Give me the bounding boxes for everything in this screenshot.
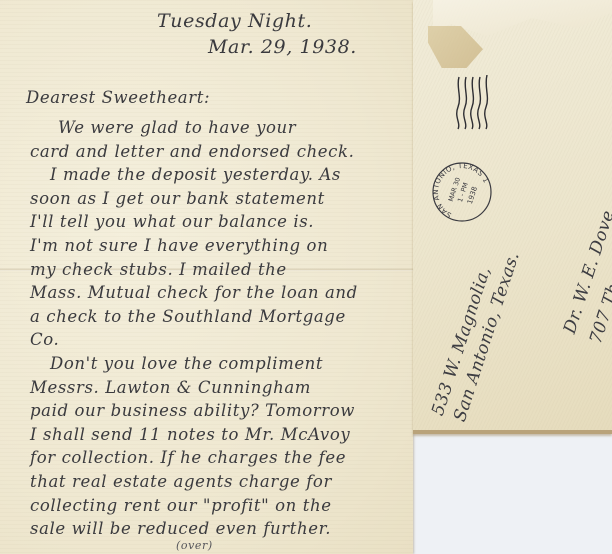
letter-line: my check stubs. I mailed the: [30, 260, 287, 279]
letter-line: soon as I get our bank statement: [30, 189, 325, 208]
continuation-note: (over): [176, 539, 213, 552]
letter-line: paid our business ability? Tomorrow: [30, 401, 355, 420]
letter-line: a check to the Southland Mortgage: [30, 307, 346, 326]
letter-line: sale will be reduced even further.: [30, 519, 331, 538]
letter-line: Mass. Mutual check for the loan and: [30, 283, 358, 302]
letter-line: I shall send 11 notes to Mr. McAvoy: [30, 425, 350, 444]
letter-line: We were glad to have your: [58, 118, 296, 137]
letter-page: Tuesday Night. Mar. 29, 1938. Dearest Sw…: [0, 0, 413, 554]
letter-line: that real estate agents charge for: [30, 472, 332, 491]
letter-line: Co.: [30, 330, 59, 349]
cancellation-wavy-lines-icon: [455, 75, 495, 130]
letter-line: I'll tell you what our balance is.: [30, 212, 314, 231]
letter-salutation: Dearest Sweetheart:: [26, 88, 210, 107]
letter-line: for collection. If he charges the fee: [30, 448, 346, 467]
postmark-icon: SAN ANTONIO, TEXAS 1 MAR 30 1 - PM 1938: [430, 160, 494, 224]
letter-day: Tuesday Night.: [157, 10, 312, 32]
letter-line: I'm not sure I have everything on: [30, 236, 328, 255]
letter-date: Mar. 29, 1938.: [208, 36, 357, 58]
letter-line: I made the deposit yesterday. As: [50, 165, 341, 184]
letter-line: Messrs. Lawton & Cunningham: [30, 378, 311, 397]
letter-line: Don't you love the compliment: [50, 354, 323, 373]
letter-line: card and letter and endorsed check.: [30, 142, 354, 161]
letter-line: collecting rent our "profit" on the: [30, 496, 332, 515]
